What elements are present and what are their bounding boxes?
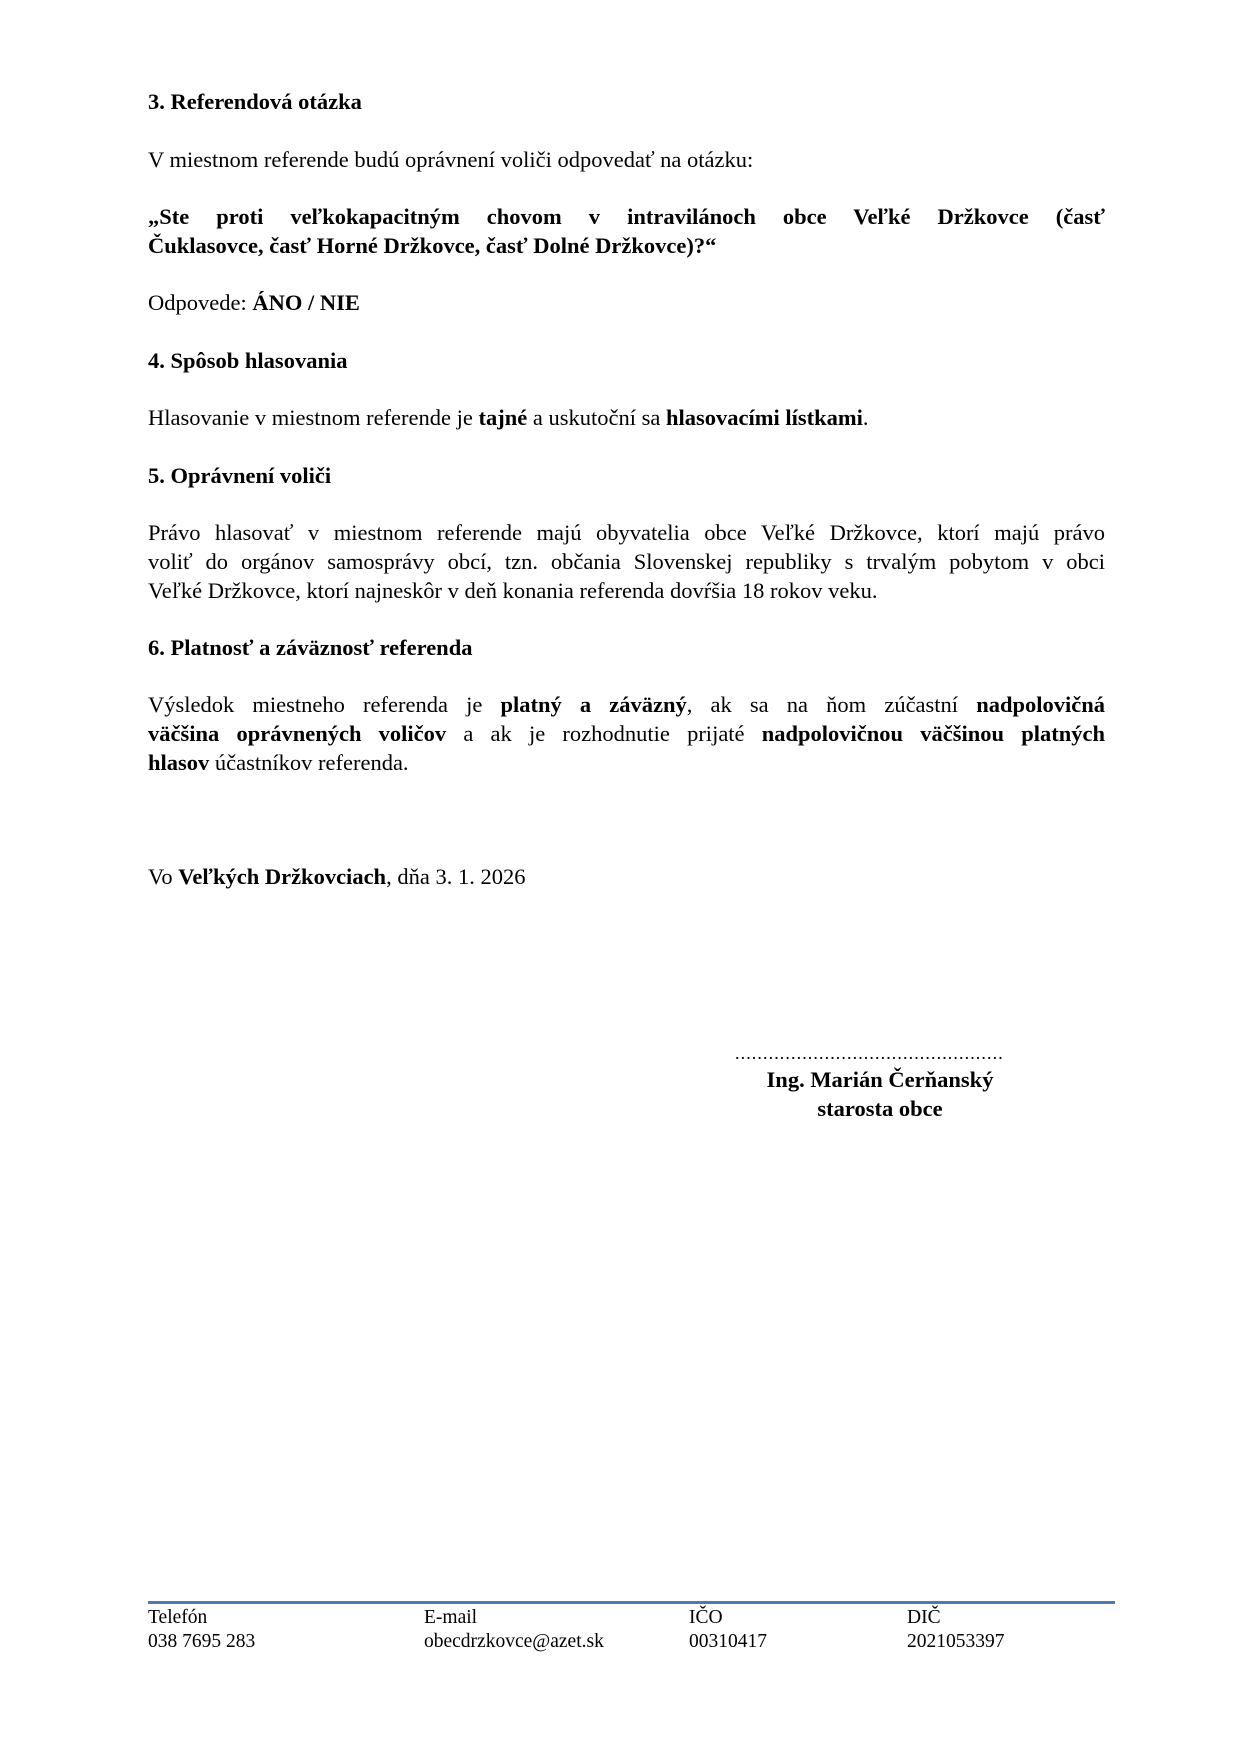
- section-5-text: Právo hlasovať v miestnom referende majú…: [148, 518, 1105, 605]
- place-name: Veľkých Držkovciach: [178, 864, 386, 889]
- section-6-line-3: hlasov účastníkov referenda.: [148, 748, 1105, 777]
- document-page: 3. Referendová otázka V miestnom referen…: [0, 0, 1240, 1754]
- section-6-text-part: , ak sa na ňom zúčastní: [687, 692, 976, 717]
- footer-phone-value: 038 7695 283: [148, 1630, 255, 1654]
- footer-ico-value: 00310417: [689, 1630, 767, 1654]
- section-3-heading: 3. Referendová otázka: [148, 87, 362, 116]
- answers: Odpovede: ÁNO / NIE: [148, 288, 360, 317]
- date-text: , dňa 3. 1. 2026: [386, 864, 525, 889]
- footer-divider: [148, 1601, 1115, 1604]
- referendum-question-line-1: „Ste proti veľkokapacitným chovom v intr…: [148, 202, 1105, 231]
- section-4-text-part: a uskutoční sa: [527, 405, 666, 430]
- footer-dic: DIČ 2021053397: [907, 1606, 1005, 1654]
- section-4-text: Hlasovanie v miestnom referende je tajné…: [148, 403, 869, 432]
- footer-email-label: E-mail: [424, 1606, 604, 1630]
- section-6-heading: 6. Platnosť a záväznosť referenda: [148, 633, 472, 662]
- referendum-question-line-2: Čuklasovce, časť Horné Držkovce, časť Do…: [148, 231, 1105, 260]
- section-6-text-part: účastníkov referenda.: [209, 750, 408, 775]
- place-date-prefix: Vo: [148, 864, 178, 889]
- section-6-text-part: a ak je rozhodnutie prijaté: [446, 721, 762, 746]
- section-3-intro: V miestnom referende budú oprávnení voli…: [148, 145, 753, 174]
- section-5-heading: 5. Oprávnení voliči: [148, 461, 331, 490]
- section-6-bold: väčšina oprávnených voličov: [148, 721, 446, 746]
- footer-email: E-mail obecdrzkovce@azet.sk: [424, 1606, 604, 1654]
- footer-ico-label: IČO: [689, 1606, 767, 1630]
- footer-phone-label: Telefón: [148, 1606, 255, 1630]
- footer-email-value[interactable]: obecdrzkovce@azet.sk: [424, 1630, 604, 1654]
- section-6-text-part: Výsledok miestneho referenda je: [148, 692, 500, 717]
- place-date: Vo Veľkých Držkovciach, dňa 3. 1. 2026: [148, 862, 525, 891]
- section-4-bold-ballots: hlasovacími lístkami: [666, 405, 863, 430]
- section-6-bold: nadpolovičnou väčšinou platných: [762, 721, 1105, 746]
- signatory-title: starosta obce: [700, 1094, 1060, 1123]
- footer-ico: IČO 00310417: [689, 1606, 767, 1654]
- section-4-heading: 4. Spôsob hlasovania: [148, 346, 347, 375]
- answers-label: Odpovede:: [148, 290, 252, 315]
- footer-phone: Telefón 038 7695 283: [148, 1606, 255, 1654]
- section-6-line-1: Výsledok miestneho referenda je platný a…: [148, 690, 1105, 719]
- section-4-text-part: .: [863, 405, 869, 430]
- footer-dic-label: DIČ: [907, 1606, 1005, 1630]
- signature-line: ........................................…: [735, 1043, 1004, 1063]
- section-6-bold: nadpolovičná: [976, 692, 1105, 717]
- section-5-line-3: Veľké Držkovce, ktorí najneskôr v deň ko…: [148, 576, 1105, 605]
- signatory-name: Ing. Marián Čerňanský: [700, 1065, 1060, 1094]
- section-6-bold: hlasov: [148, 750, 209, 775]
- section-6-line-2: väčšina oprávnených voličov a ak je rozh…: [148, 719, 1105, 748]
- section-5-line-2: voliť do orgánov samosprávy obcí, tzn. o…: [148, 547, 1105, 576]
- section-6-text: Výsledok miestneho referenda je platný a…: [148, 690, 1105, 777]
- section-5-line-1: Právo hlasovať v miestnom referende majú…: [148, 518, 1105, 547]
- footer-dic-value: 2021053397: [907, 1630, 1005, 1654]
- answers-value: ÁNO / NIE: [252, 290, 360, 315]
- section-6-bold: platný a záväzný: [500, 692, 686, 717]
- referendum-question: „Ste proti veľkokapacitným chovom v intr…: [148, 202, 1105, 260]
- section-4-text-part: Hlasovanie v miestnom referende je: [148, 405, 479, 430]
- section-4-bold-secret: tajné: [479, 405, 528, 430]
